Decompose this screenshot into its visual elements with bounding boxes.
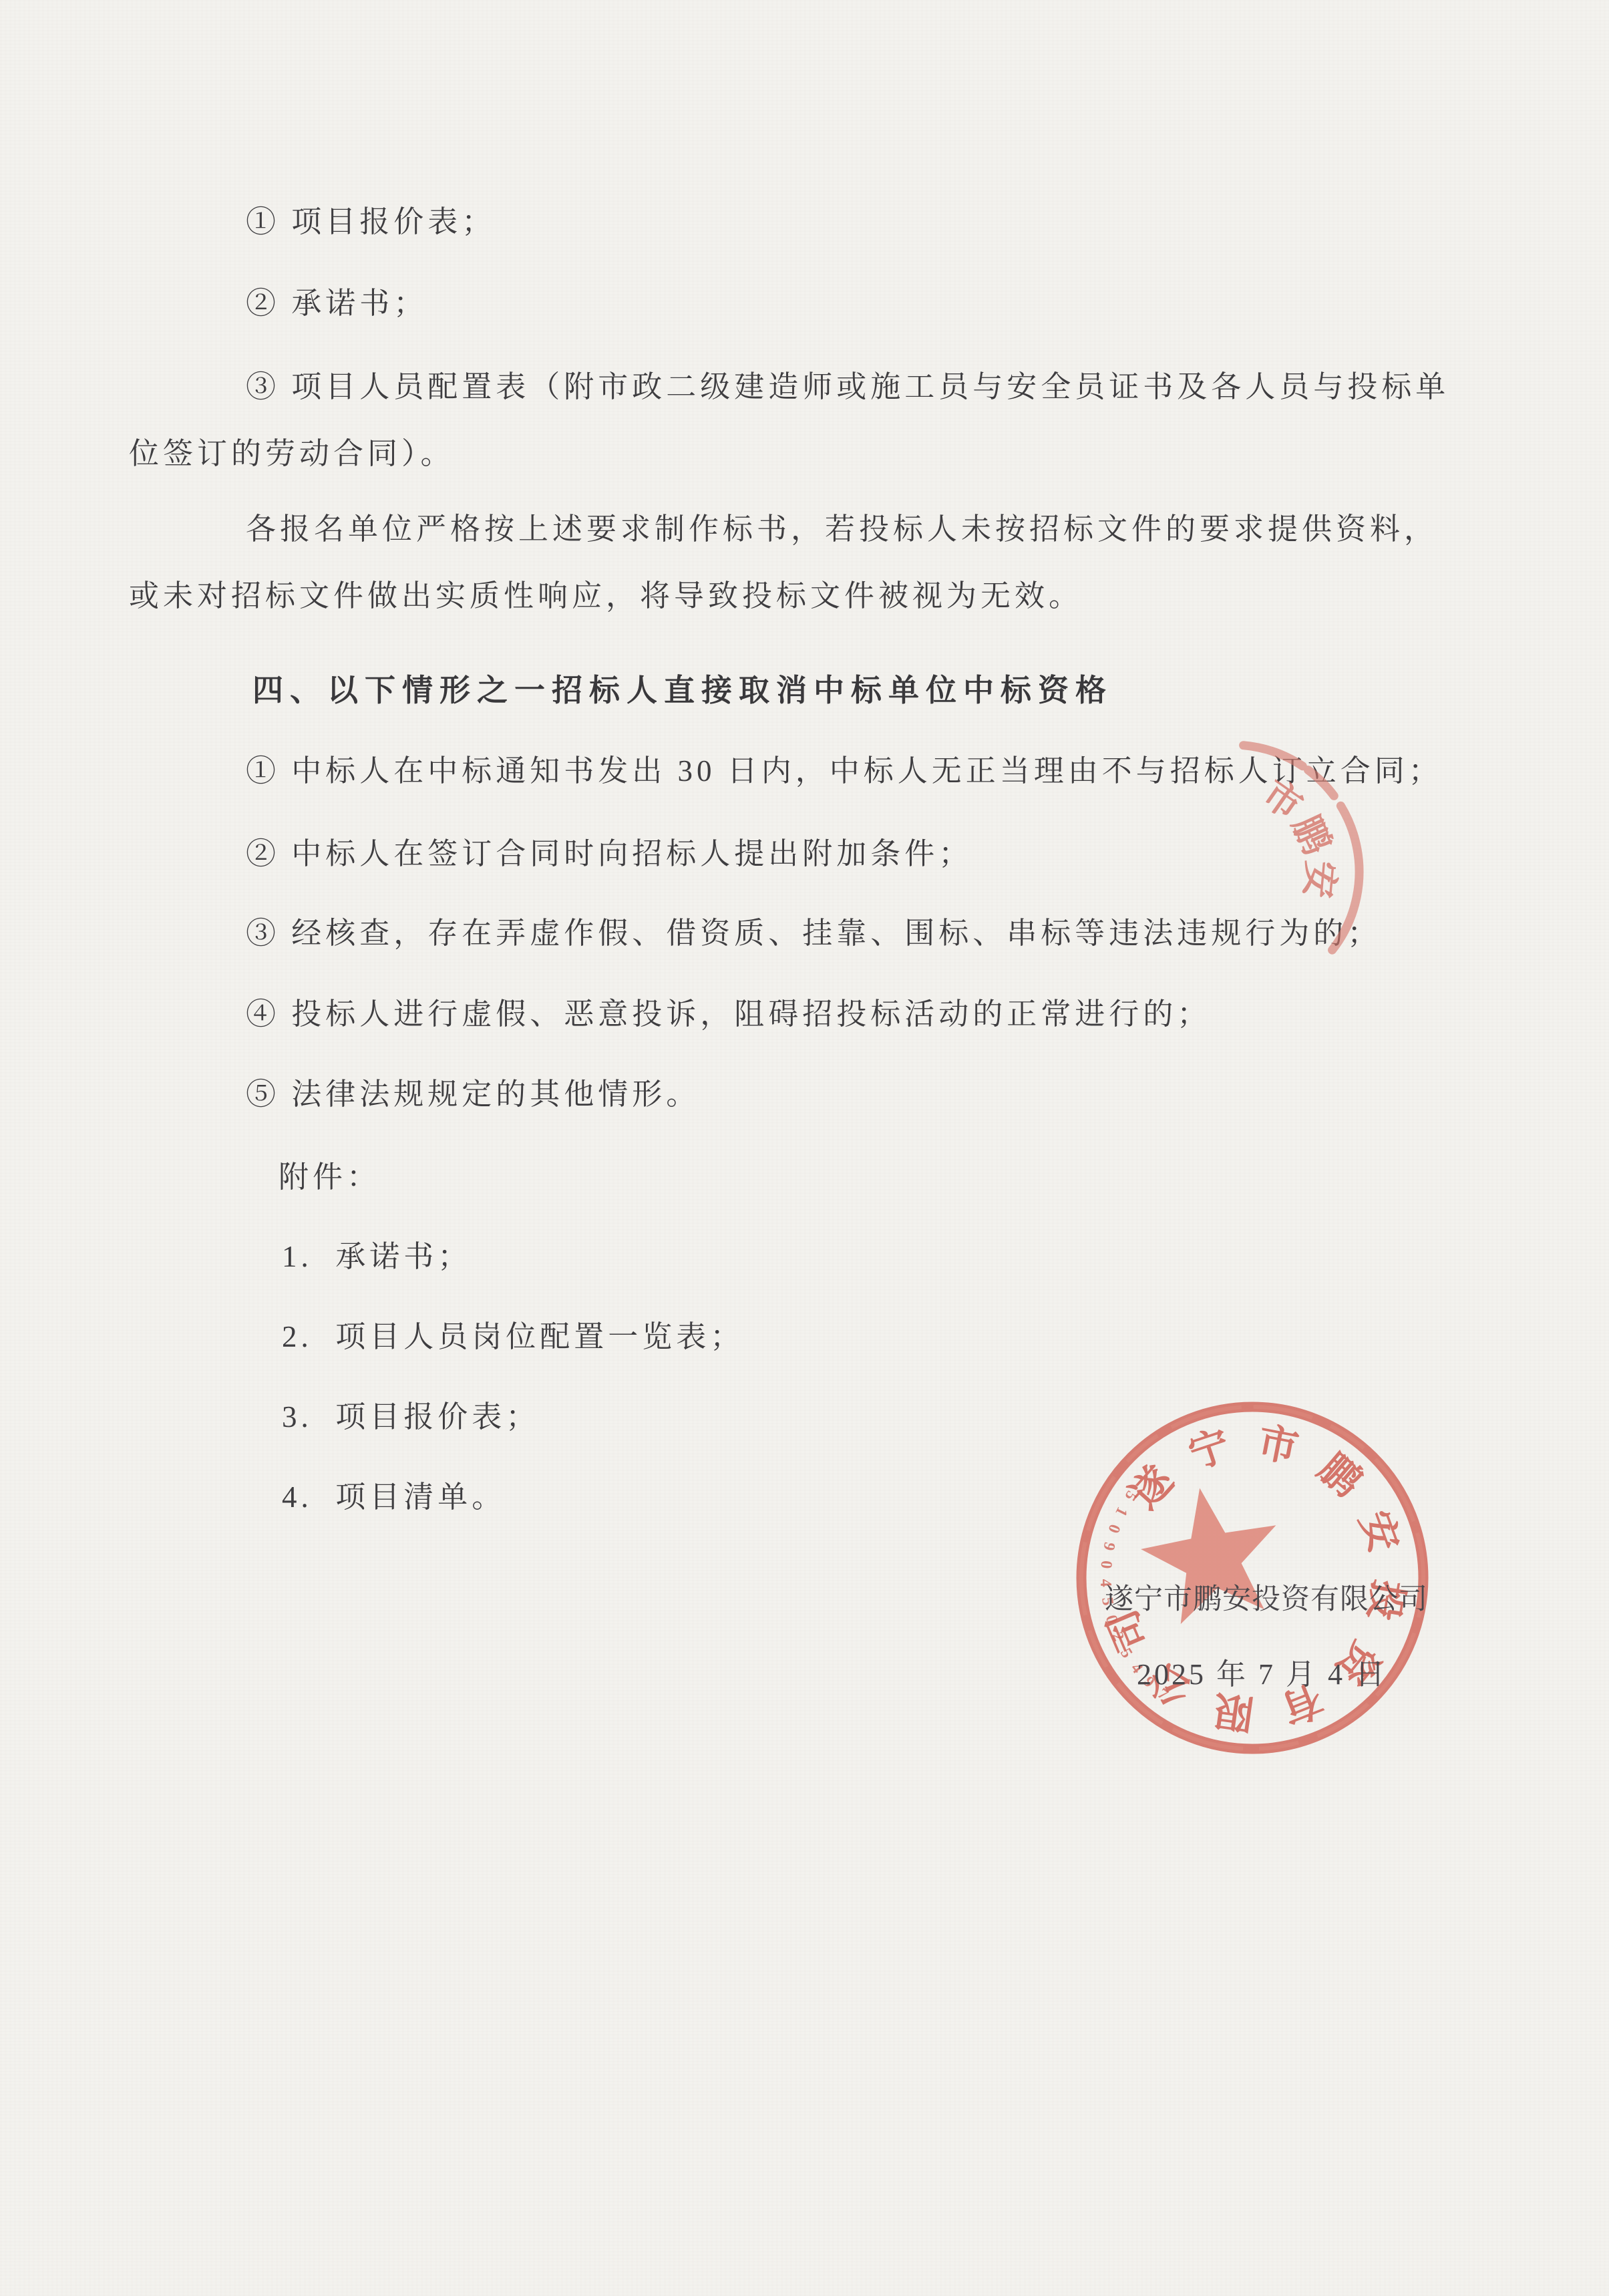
- seal-serial-digit: 9: [1099, 1540, 1118, 1552]
- bid-item-3-line1: ③ 项目人员配置表（附市政二级建造师或施工员与安全员证书及各人员与投标单: [246, 367, 1449, 406]
- attachment-3: 3. 项目报价表；: [282, 1398, 540, 1436]
- section4-item-5: ⑤ 法律法规规定的其他情形。: [246, 1075, 700, 1114]
- bid-item-3-line2: 位签订的劳动合同）。: [129, 434, 455, 473]
- bid-item-1: ① 项目报价表；: [246, 202, 496, 241]
- attachments-label: 附件：: [279, 1158, 381, 1196]
- seal-arc-char: 市: [1254, 1420, 1302, 1471]
- seal-arc-char: 鹏: [1310, 1446, 1369, 1505]
- attachment-1: 1. 承诺书；: [282, 1237, 472, 1276]
- seal-serial-digit: 0: [1104, 1522, 1123, 1535]
- attachment-2: 2. 项目人员岗位配置一览表；: [282, 1317, 744, 1356]
- warning-paragraph-line1: 各报名单位严格按上述要求制作标书，若投标人未按招标文件的要求提供资料，: [246, 510, 1438, 548]
- seal-serial-digit: 1: [1111, 1504, 1131, 1519]
- partial-seal-char: 安: [1296, 859, 1341, 900]
- scanned-document-page: ① 项目报价表； ② 承诺书； ③ 项目人员配置表（附市政二级建造师或施工员与安…: [0, 0, 1609, 2296]
- seal-arc-char: 遂: [1122, 1458, 1182, 1517]
- attachment-4: 4. 项目清单。: [282, 1478, 506, 1516]
- signature-date: 2025 年 7 月 4 日: [1137, 1655, 1387, 1694]
- bid-item-2: ② 承诺书；: [246, 284, 427, 323]
- section4-heading: 四、以下情形之一招标人直接取消中标单位中标资格: [252, 671, 1113, 710]
- section4-item-2: ② 中标人在签订合同时向招标人提出附加条件；: [246, 834, 972, 873]
- seal-arc-char: 安: [1352, 1505, 1407, 1558]
- section4-item-4: ④ 投标人进行虚假、恶意投诉，阻碍招投标活动的正常进行的；: [246, 995, 1211, 1033]
- signature-company: 遂宁市鹏安投资有限公司: [1105, 1581, 1428, 1619]
- seal-arc-char: 限: [1211, 1687, 1257, 1736]
- company-seal: 遂宁市鹏安投资有限公司5109045025497: [1059, 1384, 1446, 1772]
- seal-serial-digit: 0: [1097, 1560, 1115, 1569]
- seal-arc-char: 宁: [1184, 1423, 1236, 1478]
- warning-paragraph-line2: 或未对招标文件做出实质性响应，将导致投标文件被视为无效。: [129, 577, 1083, 615]
- partial-company-seal-fragment: 市鹏安: [1075, 716, 1389, 1030]
